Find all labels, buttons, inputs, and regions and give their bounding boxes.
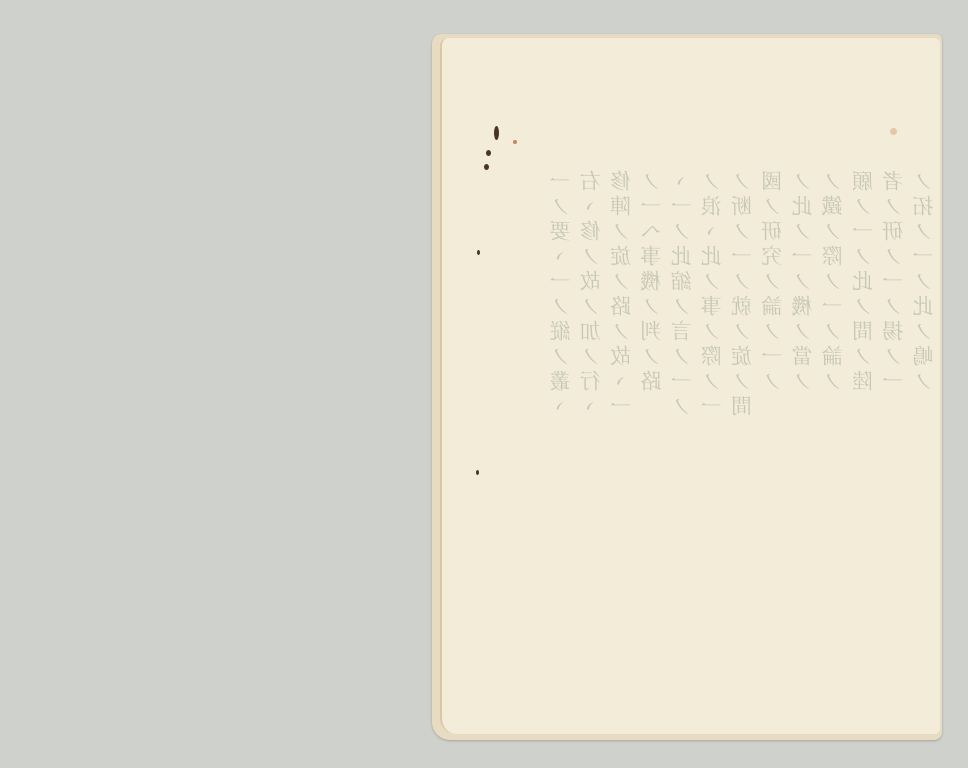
foxing-stain bbox=[890, 128, 897, 135]
text-column: 一ノ要ヽ一ノ縦ノ叢ヽ bbox=[548, 170, 570, 680]
text-column: ノ断ノ一ノ就ノ旋ノ間 bbox=[729, 170, 751, 680]
text-column: 願ノ一ノ此ノ間ノ陸 bbox=[850, 170, 872, 680]
ink-stain bbox=[476, 470, 479, 475]
text-column: ヽ一ノ此縮ノ言ノ一ノ bbox=[669, 170, 691, 680]
ink-stain bbox=[484, 164, 489, 170]
text-column: 者ノ研ノ一ノ揚ノ一 bbox=[881, 170, 903, 680]
text-column: 修陣ノ旋ノ路ノ故ヽ一 bbox=[608, 170, 630, 680]
ink-stain bbox=[486, 150, 491, 156]
text-column: ノ拓ノ一ノ此ノ嶋ノ bbox=[911, 170, 933, 680]
text-column: ノ鐵ノ際ノ一ノ論ノ bbox=[820, 170, 842, 680]
ink-stain bbox=[513, 140, 517, 144]
ink-stain bbox=[477, 250, 480, 255]
text-column: ノ此ノ一ノ機ノ當ノ bbox=[790, 170, 812, 680]
text-column: ノ浪ヽ此ノ事ノ際ノ一 bbox=[699, 170, 721, 680]
text-column: 右ヽ修ノ故ノ加ノ行ヽ bbox=[578, 170, 600, 680]
text-column: 國ノ研究ノ論ノ一ノ bbox=[760, 170, 782, 680]
bleed-through-text: 一ノ要ヽ一ノ縦ノ叢ヽ 右ヽ修ノ故ノ加ノ行ヽ 修陣ノ旋ノ路ノ故ヽ一 ノ一ヘ事機ノ判… bbox=[548, 170, 933, 680]
text-column: ノ一ヘ事機ノ判ノ路 bbox=[639, 170, 661, 680]
ink-stain bbox=[494, 126, 499, 140]
